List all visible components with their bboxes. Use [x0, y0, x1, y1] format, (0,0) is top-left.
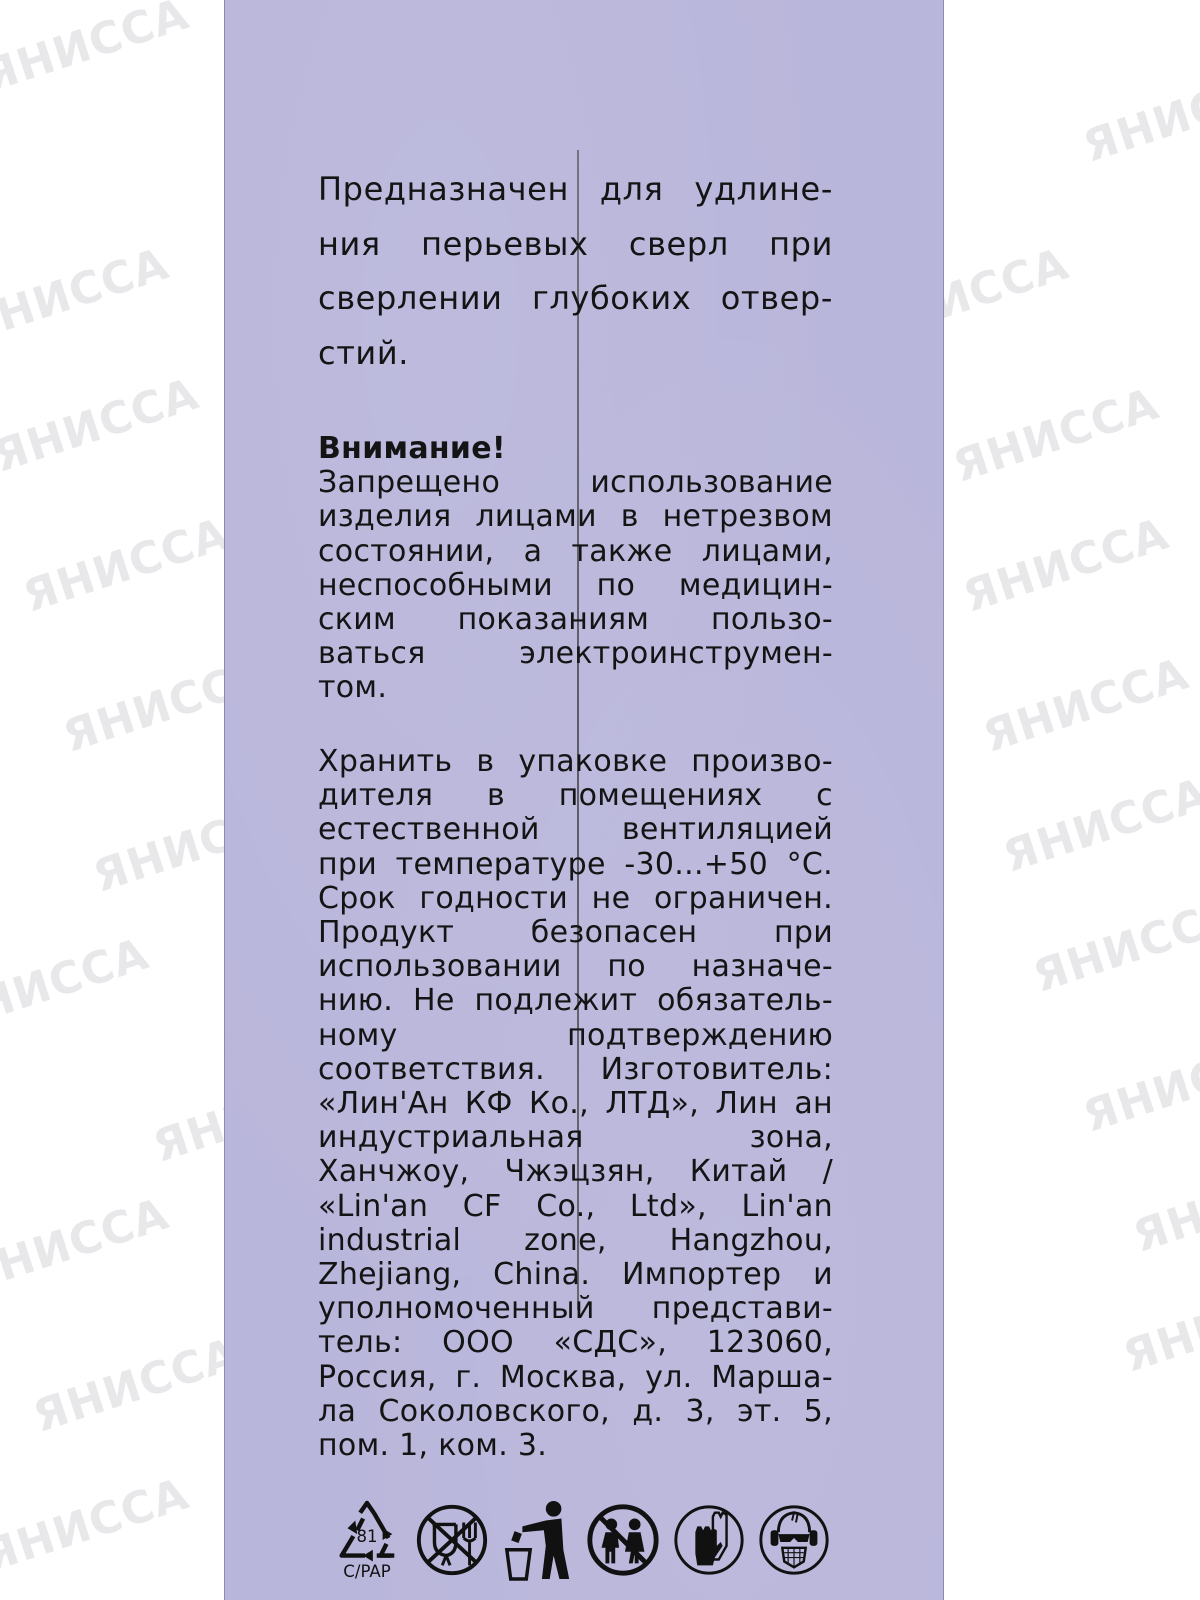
warning-text: Внимание! Запрещеноиспользованиеизделиял…: [318, 432, 833, 706]
svg-text:81: 81: [356, 1527, 377, 1546]
warning-line: состоянии,атакжелицами,: [318, 535, 833, 569]
warning-line: том.: [318, 671, 833, 705]
storage-line: естественнойвентиляцией: [318, 813, 833, 847]
storage-line: Продуктбезопасенпри: [318, 916, 833, 950]
warning-heading: Внимание!: [318, 432, 833, 466]
purpose-line: сверленииглубокихотвер-: [318, 271, 833, 326]
storage-and-manufacturer-text: Хранитьвупаковкепроизво-дителявпомещения…: [318, 745, 833, 1463]
storage-line: «Lin'anCFCo.,Ltd»,Lin'an: [318, 1190, 833, 1224]
watermark: ЯНИССА: [0, 928, 155, 1042]
warning-line: изделиялицамивнетрезвом: [318, 500, 833, 534]
pictogram-row: 81 C/PAP: [328, 1497, 833, 1583]
watermark: ЯНИССА: [977, 648, 1195, 762]
watermark: ЯНИССА: [27, 1328, 245, 1442]
storage-line: тель:ООО«СДС»,123060,: [318, 1326, 833, 1360]
watermark: ЯНИССА: [1117, 1268, 1200, 1382]
watermark: ЯНИССА: [997, 768, 1200, 882]
watermark: ЯНИССА: [0, 1468, 195, 1582]
storage-line: пом. 1, ком. 3.: [318, 1429, 833, 1463]
warning-line: неспособнымипомедицин-: [318, 569, 833, 603]
storage-line: уполномоченныйпредстави-: [318, 1292, 833, 1326]
warning-line: скимпоказаниямпользо-: [318, 603, 833, 637]
storage-line: нию.Неподлежитобязатель-: [318, 984, 833, 1018]
storage-line: притемпературе-30...+50°С.: [318, 848, 833, 882]
storage-line: Хранитьвупаковкепроизво-: [318, 745, 833, 779]
watermark: ЯНИССА: [0, 238, 175, 352]
watermark: ЯНИССА: [1127, 1148, 1200, 1262]
storage-line: индустриальнаязона,: [318, 1121, 833, 1155]
purpose-text: Предназначендляудлине-нияперьевыхсверлпр…: [318, 162, 833, 380]
wear-gloves-icon: [670, 1499, 748, 1581]
watermark: ЯНИССА: [1027, 888, 1200, 1002]
warning-line: ватьсяэлектроинструмен-: [318, 637, 833, 671]
storage-line: Срокгодностинеограничен.: [318, 882, 833, 916]
purpose-line: нияперьевыхсверлпри: [318, 217, 833, 272]
purpose-line: Предназначендляудлине-: [318, 162, 833, 217]
tidyman-dispose-icon: [499, 1499, 577, 1581]
storage-line: Россия,г.Москва,ул.Марша-: [318, 1361, 833, 1395]
storage-line: «Лин'АнКФКо.,ЛТД»,Линан: [318, 1087, 833, 1121]
storage-line: использованиипоназначе-: [318, 950, 833, 984]
watermark: ЯНИССА: [0, 368, 205, 482]
watermark: ЯНИССА: [0, 1188, 175, 1302]
watermark: ЯНИССА: [0, 0, 195, 103]
storage-line: Zhejiang,China.Импортери: [318, 1258, 833, 1292]
watermark: ЯНИССА: [17, 508, 235, 622]
svg-text:C/PAP: C/PAP: [343, 1562, 390, 1581]
watermark: ЯНИССА: [947, 378, 1165, 492]
watermark: ЯНИССА: [1077, 58, 1200, 172]
warning-line: Запрещеноиспользование: [318, 466, 833, 500]
storage-line: Ханчжоу,Чжэцзян,Китай/: [318, 1155, 833, 1189]
wear-eye-ear-protection-icon: [755, 1499, 833, 1581]
keep-away-from-children-icon: [584, 1499, 662, 1581]
watermark: ЯНИССА: [957, 508, 1175, 622]
storage-line: соответствия.Изготовитель:: [318, 1053, 833, 1087]
purpose-line: стий.: [318, 326, 833, 381]
storage-line: лаСоколовского,д.3,эт.5,: [318, 1395, 833, 1429]
not-food-contact-icon: [413, 1499, 491, 1581]
storage-line: номуподтверждению: [318, 1019, 833, 1053]
recycle-paper-icon: 81 C/PAP: [328, 1499, 406, 1581]
storage-line: дителявпомещенияхс: [318, 779, 833, 813]
storage-line: industrialzone,Hangzhou,: [318, 1224, 833, 1258]
watermark: ЯНИССА: [1077, 1028, 1200, 1142]
